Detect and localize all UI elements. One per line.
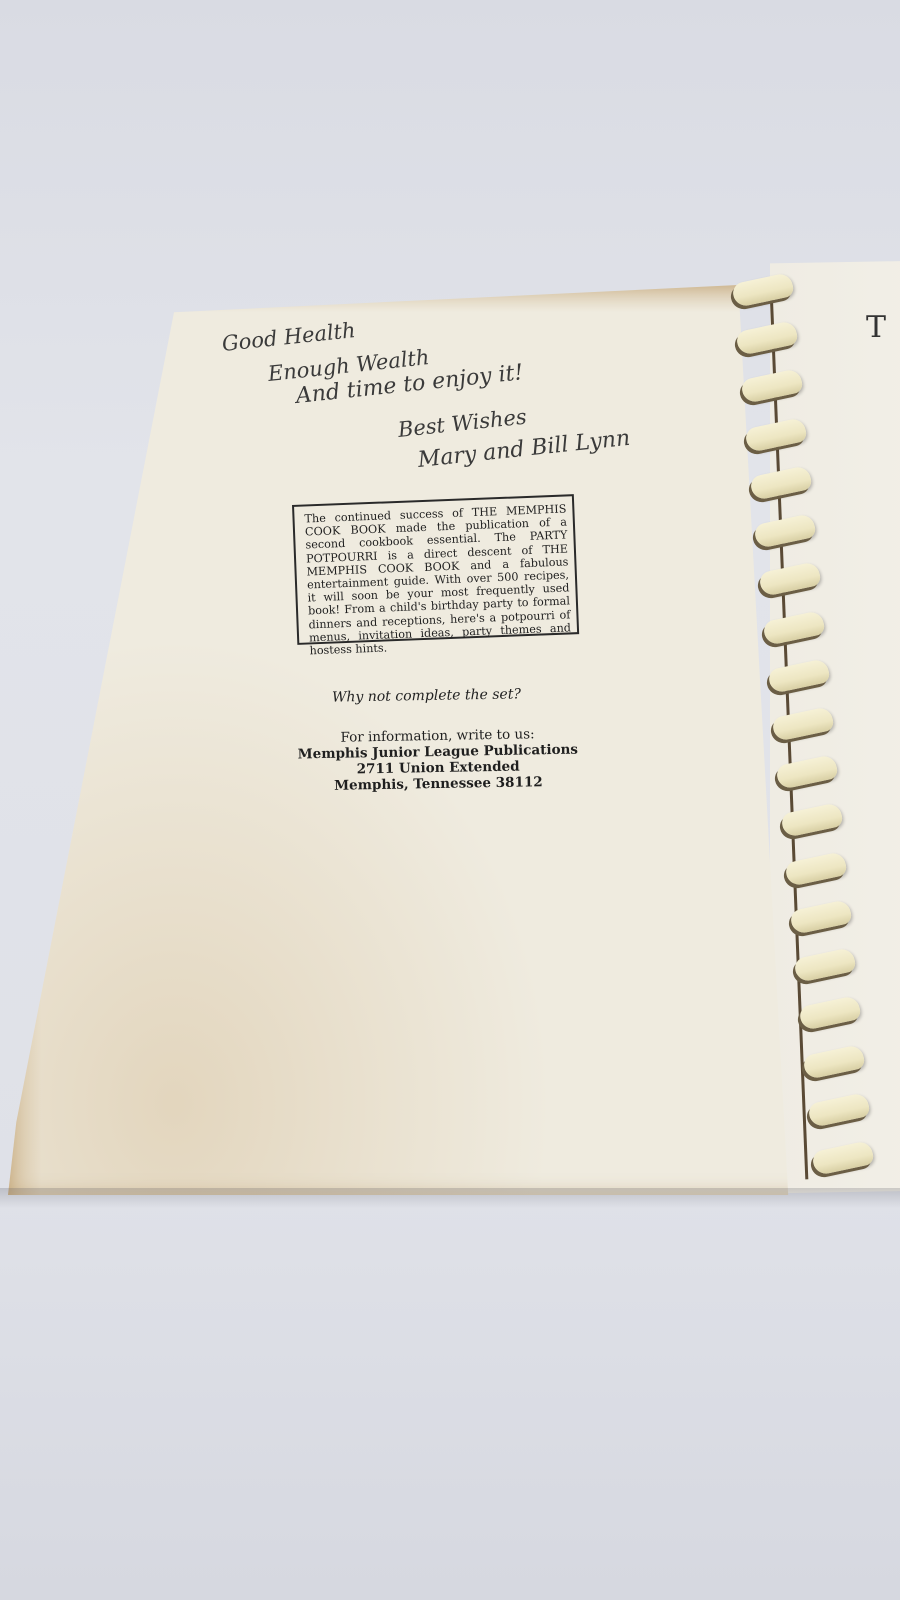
binding-coil (767, 658, 831, 694)
binding-coil (740, 368, 804, 404)
binding-coil (798, 995, 862, 1031)
binding-coil (784, 851, 848, 887)
contact-block: For information, write to us: Memphis Ju… (287, 725, 588, 794)
binding-coil (793, 947, 857, 983)
binding-coil (731, 272, 795, 308)
spiral-binding (725, 270, 900, 1190)
binding-coil (811, 1140, 875, 1176)
promo-blurb-box: The continued success of THE MEMPHIS COO… (292, 494, 579, 645)
binding-coil (753, 513, 817, 549)
page-shadow (0, 1188, 900, 1208)
binding-coil (744, 417, 808, 453)
binding-coil (762, 610, 826, 646)
tagline: Why not complete the set? (332, 686, 521, 705)
binding-coil (771, 706, 835, 742)
binding-coil (802, 1044, 866, 1080)
binding-coil (749, 465, 813, 501)
binding-coil (789, 899, 853, 935)
binding-coil (736, 320, 800, 356)
binding-coil (776, 754, 840, 790)
photo-scene: T Good Health Enough Wealth And time to … (0, 0, 900, 1600)
binding-coil (780, 802, 844, 838)
binding-coil (758, 561, 822, 597)
binding-coil (807, 1092, 871, 1128)
